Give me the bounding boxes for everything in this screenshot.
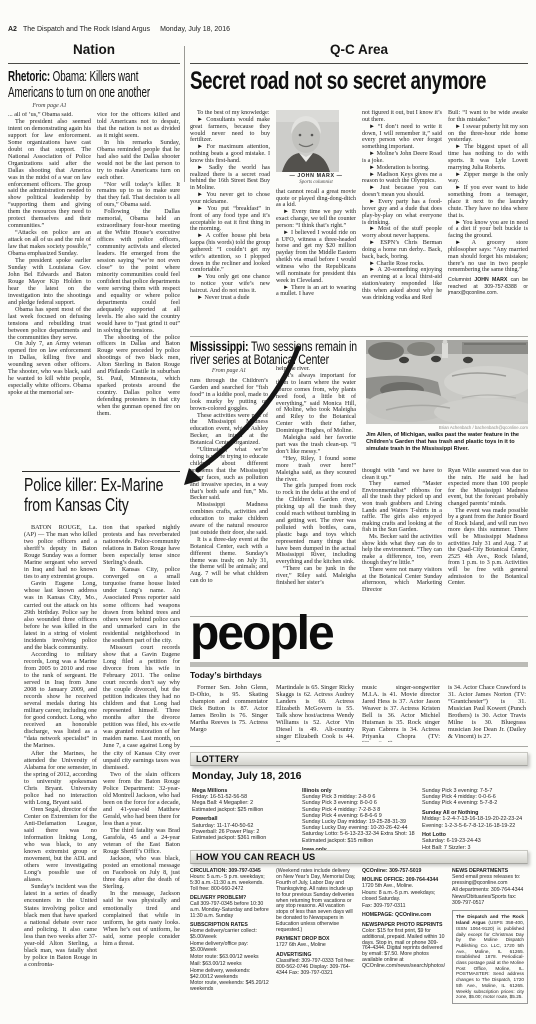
- todays-birthdays-subhead: Today’s birthdays: [190, 670, 262, 680]
- text-column: runs through the Children’s Garden and s…: [190, 378, 268, 612]
- rhetoric-body: ... all of ’us,” Obama said.The presiden…: [8, 112, 180, 468]
- page-number: A2: [8, 26, 17, 33]
- qc-rule: [190, 63, 528, 64]
- text-column: To the best of my knowledge:► Consultant…: [190, 110, 270, 334]
- nation-rule: [8, 63, 180, 64]
- article-police-killer: Police killer: Ex-Marine from Kansas Cit…: [24, 475, 180, 984]
- contact-column: NEWS DEPARTMENTSSend email press release…: [452, 869, 528, 1004]
- text-column: thought with “and we have to clean it up…: [362, 468, 442, 614]
- police-top-rule: [22, 471, 180, 472]
- column-divider: [184, 46, 185, 182]
- page-date: Monday, July 18, 2016: [160, 26, 230, 33]
- rhetoric-from-page: From page A1: [8, 103, 91, 109]
- secret-road-body: To the best of my knowledge:► Consultant…: [190, 110, 528, 334]
- section-title-qc-area: Q-C Area: [190, 42, 528, 57]
- people-title: people: [190, 610, 528, 658]
- rhetoric-headline: Rhetoric: Obama: Killers want Americans …: [8, 70, 180, 101]
- section-lottery: LOTTERY Monday, July 18, 2016 Mega Milli…: [190, 752, 528, 848]
- columnist-credit: Columnist JOHN MARX can be reached at 30…: [448, 277, 528, 297]
- text-column: Former Sen. John Glenn, D-Ohio, is 95. S…: [190, 684, 268, 742]
- contact-column: QCOnline: 309-757-5019MOLINE OFFICE: 309…: [362, 869, 446, 971]
- birthdays-body: Former Sen. John Glenn, D-Ohio, is 95. S…: [190, 684, 528, 742]
- text-column: that cannot recall a great movie quote o…: [276, 189, 356, 299]
- people-divider-bar: [190, 662, 528, 667]
- text-column: tion that sparked nightly protests and h…: [103, 524, 180, 984]
- john-marx-portrait-photo: [276, 110, 339, 172]
- contact-column: (Weekend rates include delivery on New Y…: [276, 869, 356, 977]
- lottery-column: Illinois onlySunday Pick 3 midday: 2-8-9…: [302, 788, 416, 860]
- text-column: BATON ROUGE, La. (AP) — The man who kill…: [24, 524, 97, 984]
- text-column: not figured it out, but I know it’s out …: [362, 110, 442, 334]
- publisher-statement-box: The Dispatch and The Rock Island Argus (…: [452, 910, 528, 1004]
- page-folio: A2The Dispatch and The Rock Island Argus…: [8, 26, 530, 33]
- masthead: The Dispatch and The Rock Island Argus: [23, 26, 150, 33]
- reach-us-header-bar: HOW YOU CAN REACH US: [190, 850, 528, 864]
- text-column: music singer-songwriter M.I.A. is 41. Mo…: [362, 684, 440, 742]
- rhetoric-kicker: Rhetoric:: [8, 69, 50, 85]
- mississippi-from-page: From page A1: [190, 368, 268, 374]
- article-rhetoric: Rhetoric: Obama: Killers want Americans …: [8, 70, 180, 468]
- secret-road-bottom-rule: [190, 336, 528, 337]
- text-column: ... all of ’us,” Obama said.The presiden…: [8, 112, 91, 468]
- lottery-header-bar: LOTTERY: [190, 752, 528, 766]
- text-column: — JOHN MARX — Sports columnist that cann…: [276, 110, 356, 334]
- lottery-column: Mega MillionsFriday: 16-51-52-56-58Mega …: [192, 788, 296, 841]
- columnist-tagline: Sports columnist: [276, 180, 356, 187]
- text-column: vice for the officers killed and told Am…: [97, 112, 180, 468]
- text-column: Martindale is 65. Singer Ricky Skaggs is…: [276, 684, 354, 742]
- section-reach-us: HOW YOU CAN REACH US CIRCULATION: 309-79…: [190, 850, 528, 1018]
- newspaper-page: A2The Dispatch and The Rock Island Argus…: [0, 0, 536, 1024]
- photo-credit: Brian Achenbach / bachenbach@qconline.co…: [366, 425, 528, 430]
- contact-column: CIRCULATION: 309-797-0345Hours: 5 a.m.- …: [190, 869, 270, 994]
- article-mississippi: Mississippi: Two sessions remain in rive…: [190, 340, 528, 616]
- police-killer-body: BATON ROUGE, La. (AP) — The man who kill…: [24, 524, 180, 984]
- police-killer-headline: Police killer: Ex-Marine from Kansas Cit…: [24, 475, 180, 515]
- lottery-date: Monday, July 18, 2016: [192, 770, 302, 782]
- people-bottom-rule: [190, 746, 528, 747]
- mississippi-headline: Mississippi: Two sessions remain in rive…: [190, 340, 371, 366]
- text-column: is 34. Actor Chace Crawford is 31. Actor…: [448, 684, 526, 742]
- article-secret-road: Secret road not so secret anymore To the…: [190, 68, 528, 334]
- text-column: Bull: “I want to be wide awake for this …: [448, 110, 528, 334]
- columnist-byline: — JOHN MARX —: [276, 173, 356, 180]
- photo-caption: Jim Allen, of Michigan, walks past the w…: [366, 432, 528, 453]
- text-column: Ryan Wille assumed was due to the rain. …: [448, 468, 528, 614]
- secret-road-headline: Secret road not so secret anymore: [190, 68, 529, 94]
- text-column: help the river.“It’s always important fo…: [276, 366, 356, 612]
- section-people: people Today’s birthdays Former Sen. Joh…: [190, 610, 528, 746]
- section-title-nation: Nation: [8, 42, 180, 57]
- lottery-column: Sunday Pick 3 evening: 7-5-7Sunday Pick …: [422, 788, 528, 857]
- botanical-garden-photo: [366, 340, 528, 424]
